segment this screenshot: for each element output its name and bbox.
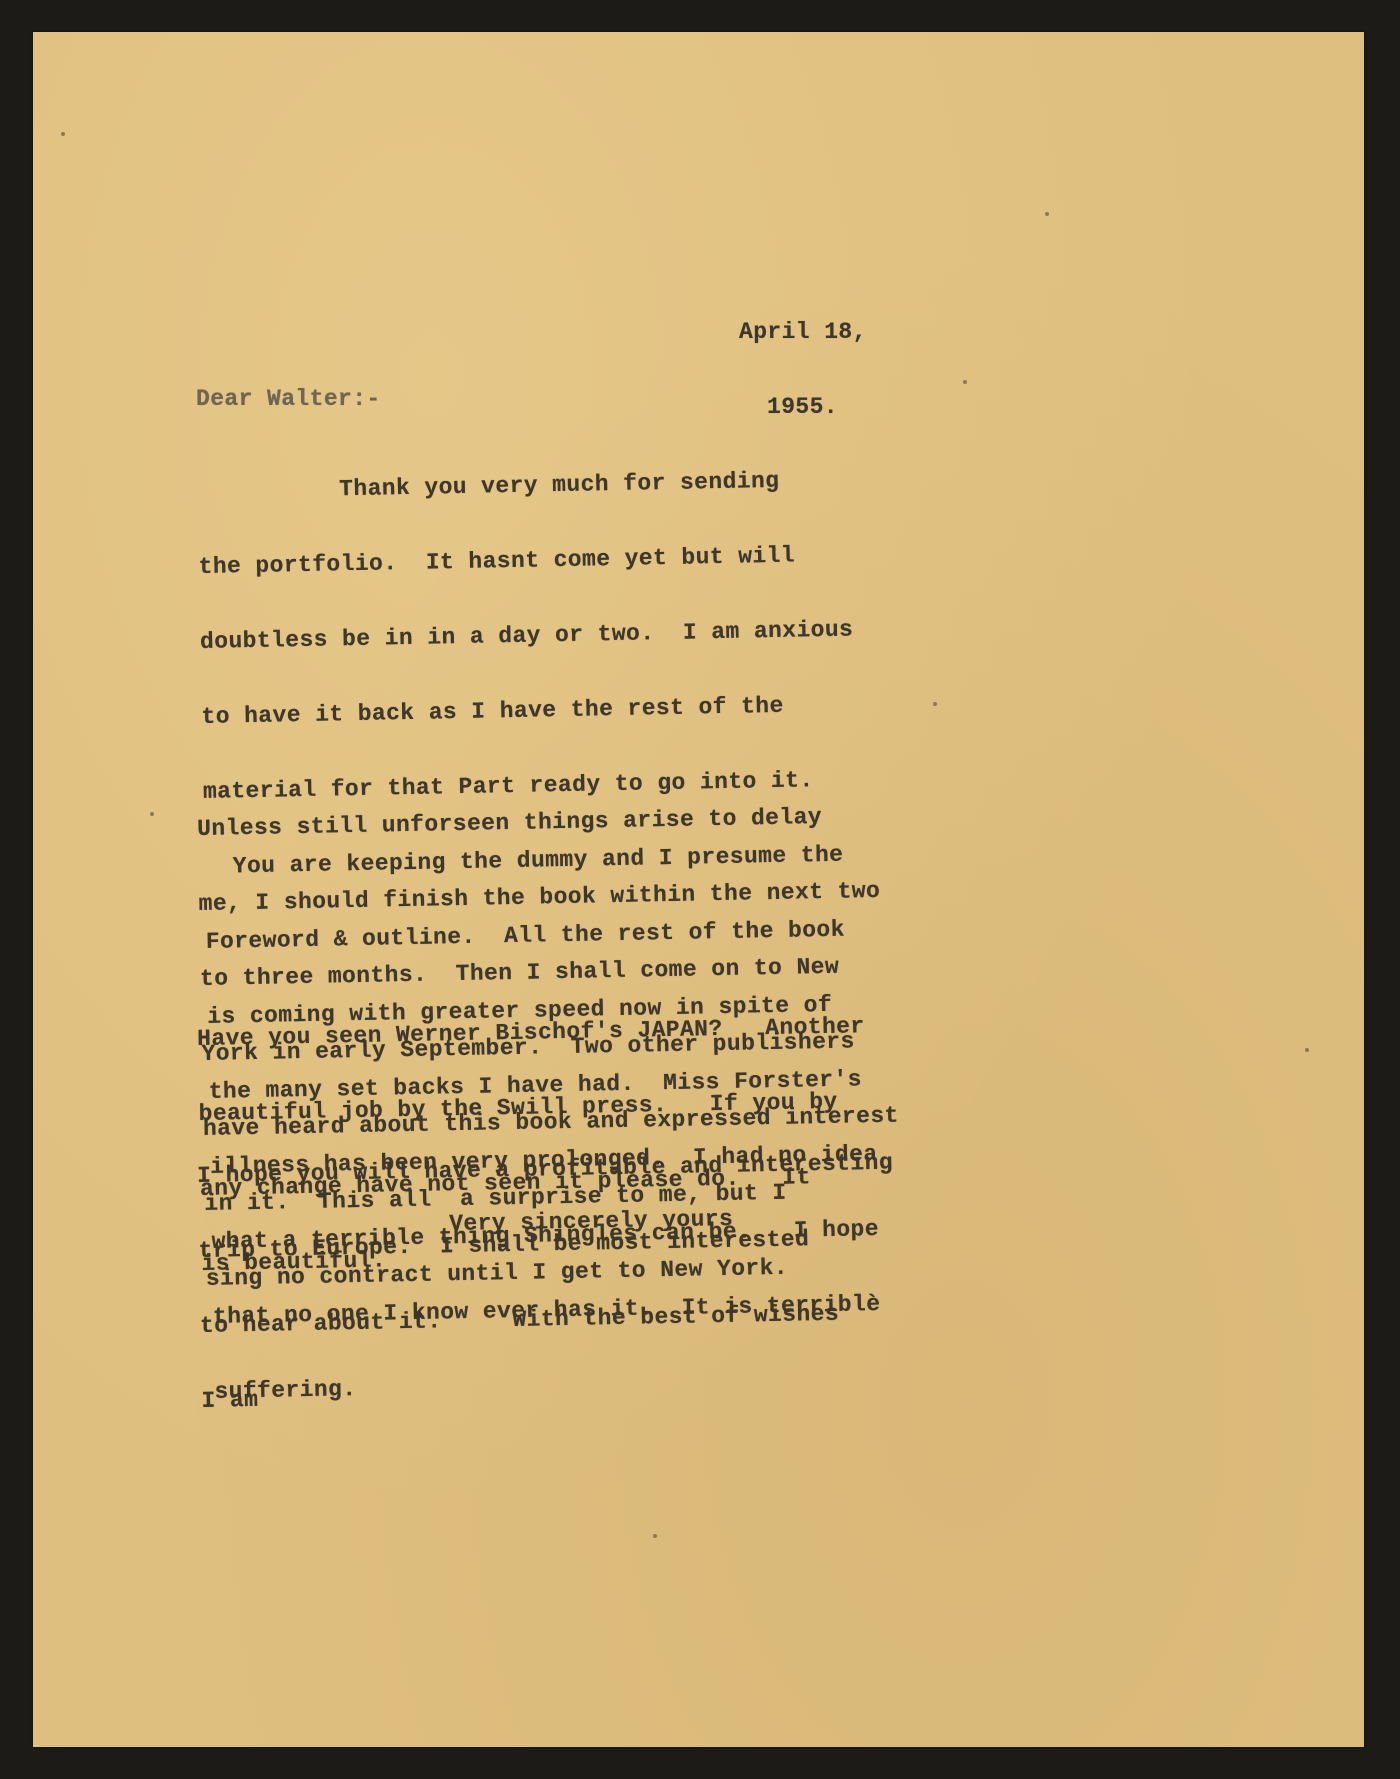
text-line: me, I should finish the book within the …: [198, 879, 894, 917]
paper-speck: [150, 812, 154, 816]
text-line: Unless still unforseen things arise to d…: [197, 804, 893, 842]
text-line: Have you seen Werner Bischof's JAPAN? An…: [197, 1014, 865, 1052]
text-line: Thank you very much for sending: [197, 467, 865, 505]
paper-speck: [933, 702, 937, 706]
text-line: I am: [201, 1376, 897, 1414]
text-line: I hope you will have a profitable and in…: [197, 1151, 893, 1189]
date-line-1: April 18,: [739, 320, 867, 345]
text-line: the portfolio. It hasnt come yet but wil…: [198, 542, 866, 580]
closing: Very sincerely yours: [449, 1207, 733, 1237]
paper-speck: [1045, 212, 1049, 216]
paper-speck: [653, 1534, 657, 1538]
salutation: Dear Walter:-: [196, 387, 381, 412]
paper-speck: [1305, 1048, 1309, 1052]
text-line: to have it back as I have the rest of th…: [201, 692, 869, 730]
text-line: to hear about it. With the best of wishe…: [200, 1301, 896, 1339]
paper-speck: [61, 132, 65, 136]
paragraph-4: I hope you will have a profitable and in…: [196, 1101, 899, 1464]
date-line-2: 1955.: [739, 395, 867, 420]
paper-speck: [963, 380, 967, 384]
letter-page: April 18, 1955. Dear Walter:- Thank you …: [33, 32, 1364, 1747]
text-line: doubtless be in in a day or two. I am an…: [200, 617, 868, 655]
